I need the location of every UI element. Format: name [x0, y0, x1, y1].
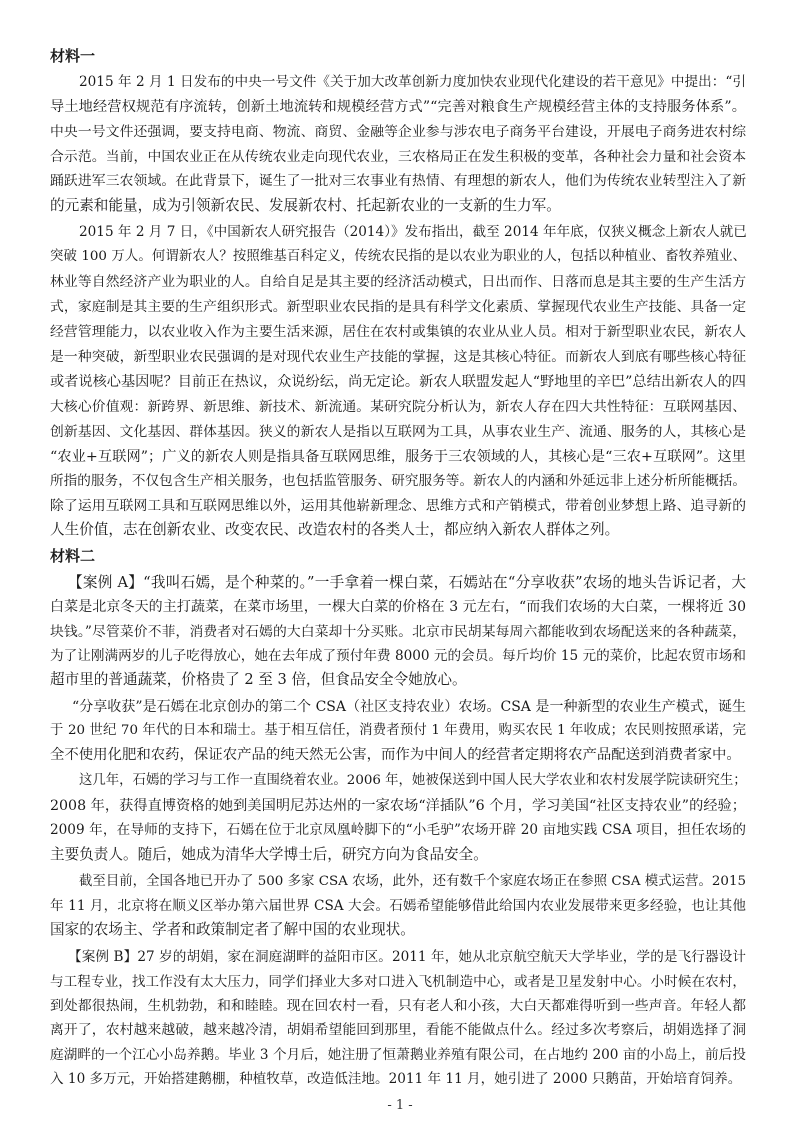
text-line: 超市里的普通蔬菜，价格贵了 2 至 3 倍，但食品安全令她放心。: [50, 669, 746, 691]
text-line: 于 20 世纪 70 年代的日本和瑞士。基于相互信任，消费者预付 1 年费用，购…: [50, 720, 746, 742]
document-page: 材料一 2015 年 2 月 1 日发布的中央一号文件《关于加大改革创新力度加快…: [0, 0, 800, 1131]
text-line: 中央一号文件还强调，要支持电商、物流、商贸、金融等企业参与涉农电子商务平台建设，…: [50, 121, 746, 143]
text-line: 入 10 多万元，开始搭建鹅棚，种植牧草，改造低洼地。2011 年 11 月，她…: [50, 1068, 746, 1090]
text-line: 或者说核心基因呢？目前正在热议，众说纷纭，尚无定论。新农人联盟发起人“野地里的辛…: [50, 371, 746, 393]
text-line: 2009 年，在导师的支持下，石嫣在位于北京凤凰岭脚下的“小毛驴”农场开辟 20…: [50, 819, 746, 841]
text-line: “农业+互联网”；广义的新农人则是指具备互联网思维，服务于三农领域的人，其核心是…: [50, 446, 746, 468]
text-line: 所指的服务，不仅包含生产相关服务，也包括监管服务、研究服务等。新农人的内涵和外延…: [50, 470, 746, 492]
text-line: 式，家庭制是其主要的生产组织形式。新型职业农民指的是具有科学文化素质、掌握现代农…: [50, 296, 746, 318]
text-line: 与工程专业，找工作没有太大压力，同学们择业大多对口进入飞机制造中心，或者是卫星发…: [50, 971, 746, 993]
text-line: 全不使用化肥和农药，保证农产品的纯天然无公害，而作为中间人的经营者定期将农产品配…: [50, 744, 746, 766]
text-line: 为了让刚满两岁的儿子吃得放心，她在去年成了预付年费 8000 元的会员。每斤均价…: [50, 645, 746, 667]
text-line: 2008 年，获得直博资格的她到美国明尼苏达州的一家农场“洋插队”6 个月，学习…: [50, 795, 746, 817]
text-line: 【案例 B】27 岁的胡娟，家在洞庭湖畔的益阳市区。2011 年，她从北京航空航…: [68, 946, 746, 968]
text-line: 【案例 A】“我叫石嫣，是个种菜的。”一手拿着一棵白菜，石嫣站在“分享收获”农场…: [68, 572, 746, 594]
text-line: “分享收获”是石嫣在北京创办的第二个 CSA（社区支持农业）农场。CSA 是一种…: [72, 696, 746, 718]
text-line: 经营管理能力，以农业收入作为主要生活来源，居住在农村或集镇的农业从业人员。相对于…: [50, 321, 746, 343]
text-line: 2015 年 2 月 7 日，《中国新农人研究报告（2014）》发布指出，截至 …: [79, 221, 746, 243]
text-line: 合示范。当前，中国农业正在从传统农业走向现代农业，三农格局正在发生积极的变革，各…: [50, 146, 746, 168]
text-line: 主要负责人。随后，她成为清华大学博士后，研究方向为食品安全。: [50, 844, 746, 866]
text-line: 踊跃进军三农领域。在此背景下，诞生了一批对三农事业有热情、有理想的新农人，他们为…: [50, 170, 746, 192]
text-line: 除了运用互联网工具和互联网思维以外，运用其他崭新理念、思维方式和产销模式，带着创…: [50, 495, 746, 517]
text-line: 大核心价值观：新跨界、新思维、新技术、新流通。某研究院分析认为，新农人存在四大共…: [50, 396, 746, 418]
text-line: 白菜是北京冬天的主打蔬菜，在菜市场里，一棵大白菜的价格在 3 元左右，“而我们农…: [50, 596, 746, 618]
section-heading-material-one: 材料一: [50, 45, 95, 67]
text-line: 人生价值，志在创新农业、改变农民、改造农村的各类人士，都应纳入新农人群体之列。: [50, 519, 746, 541]
text-line: 到处都很热闹，生机勃勃，和和睦睦。现在回农村一看，只有老人和小孩，大白天都难得听…: [50, 995, 746, 1017]
text-line: 国家的农场主、学者和政策制定者了解中国的农业现状。: [50, 919, 746, 941]
text-line: 离开了，农村越来越破，越来越冷清，胡娟希望能回到那里，看能不能做点什么。经过多次…: [50, 1019, 746, 1041]
section-heading-material-two: 材料二: [50, 545, 95, 567]
text-line: 截至目前，全国各地已开办了 500 多家 CSA 农场，此外，还有数千个家庭农场…: [79, 871, 746, 893]
page-number: - 1 -: [0, 1096, 800, 1116]
text-line: 年 11 月，北京将在顺义区举办第六届世界 CSA 大会。石嫣希望能够借此给国内…: [50, 895, 746, 917]
text-line: 导土地经营权规范有序流转，创新土地流转和规模经营方式”“完善对粮食生产规模经营主…: [50, 96, 746, 118]
text-line: 2015 年 2 月 1 日发布的中央一号文件《关于加大改革创新力度加快农业现代…: [79, 71, 746, 93]
text-line: 是一种突破，新型职业农民强调的是对现代农业生产技能的掌握，这是其核心特征。而新农…: [50, 346, 746, 368]
text-line: 庭湖畔的一个江心小岛养鹅。毕业 3 个月后，她注册了恒萧鹅业养殖有限公司，在占地…: [50, 1044, 746, 1066]
text-line: 这几年，石嫣的学习与工作一直围绕着农业。2006 年，她被保送到中国人民大学农业…: [79, 770, 746, 792]
text-line: 创新基因、文化基因、群体基因。狭义的新农人是指以互联网为工具，从事农业生产、流通…: [50, 421, 746, 443]
text-line: 突破 100 万人。何谓新农人？按照维基百科定义，传统农民指的是以农业为职业的人…: [50, 246, 746, 268]
text-line: 林业等自然经济产业为职业的人。自给自足是其主要的经济活动模式，日出而作、日落而息…: [50, 271, 746, 293]
text-line: 的元素和能量，成为引领新农民、发展新农村、托起新农业的一支新的生力军。: [50, 195, 746, 217]
text-line: 块钱。”尽管菜价不菲，消费者对石嫣的大白菜却十分买账。北京市民胡某每周六都能收到…: [50, 621, 746, 643]
